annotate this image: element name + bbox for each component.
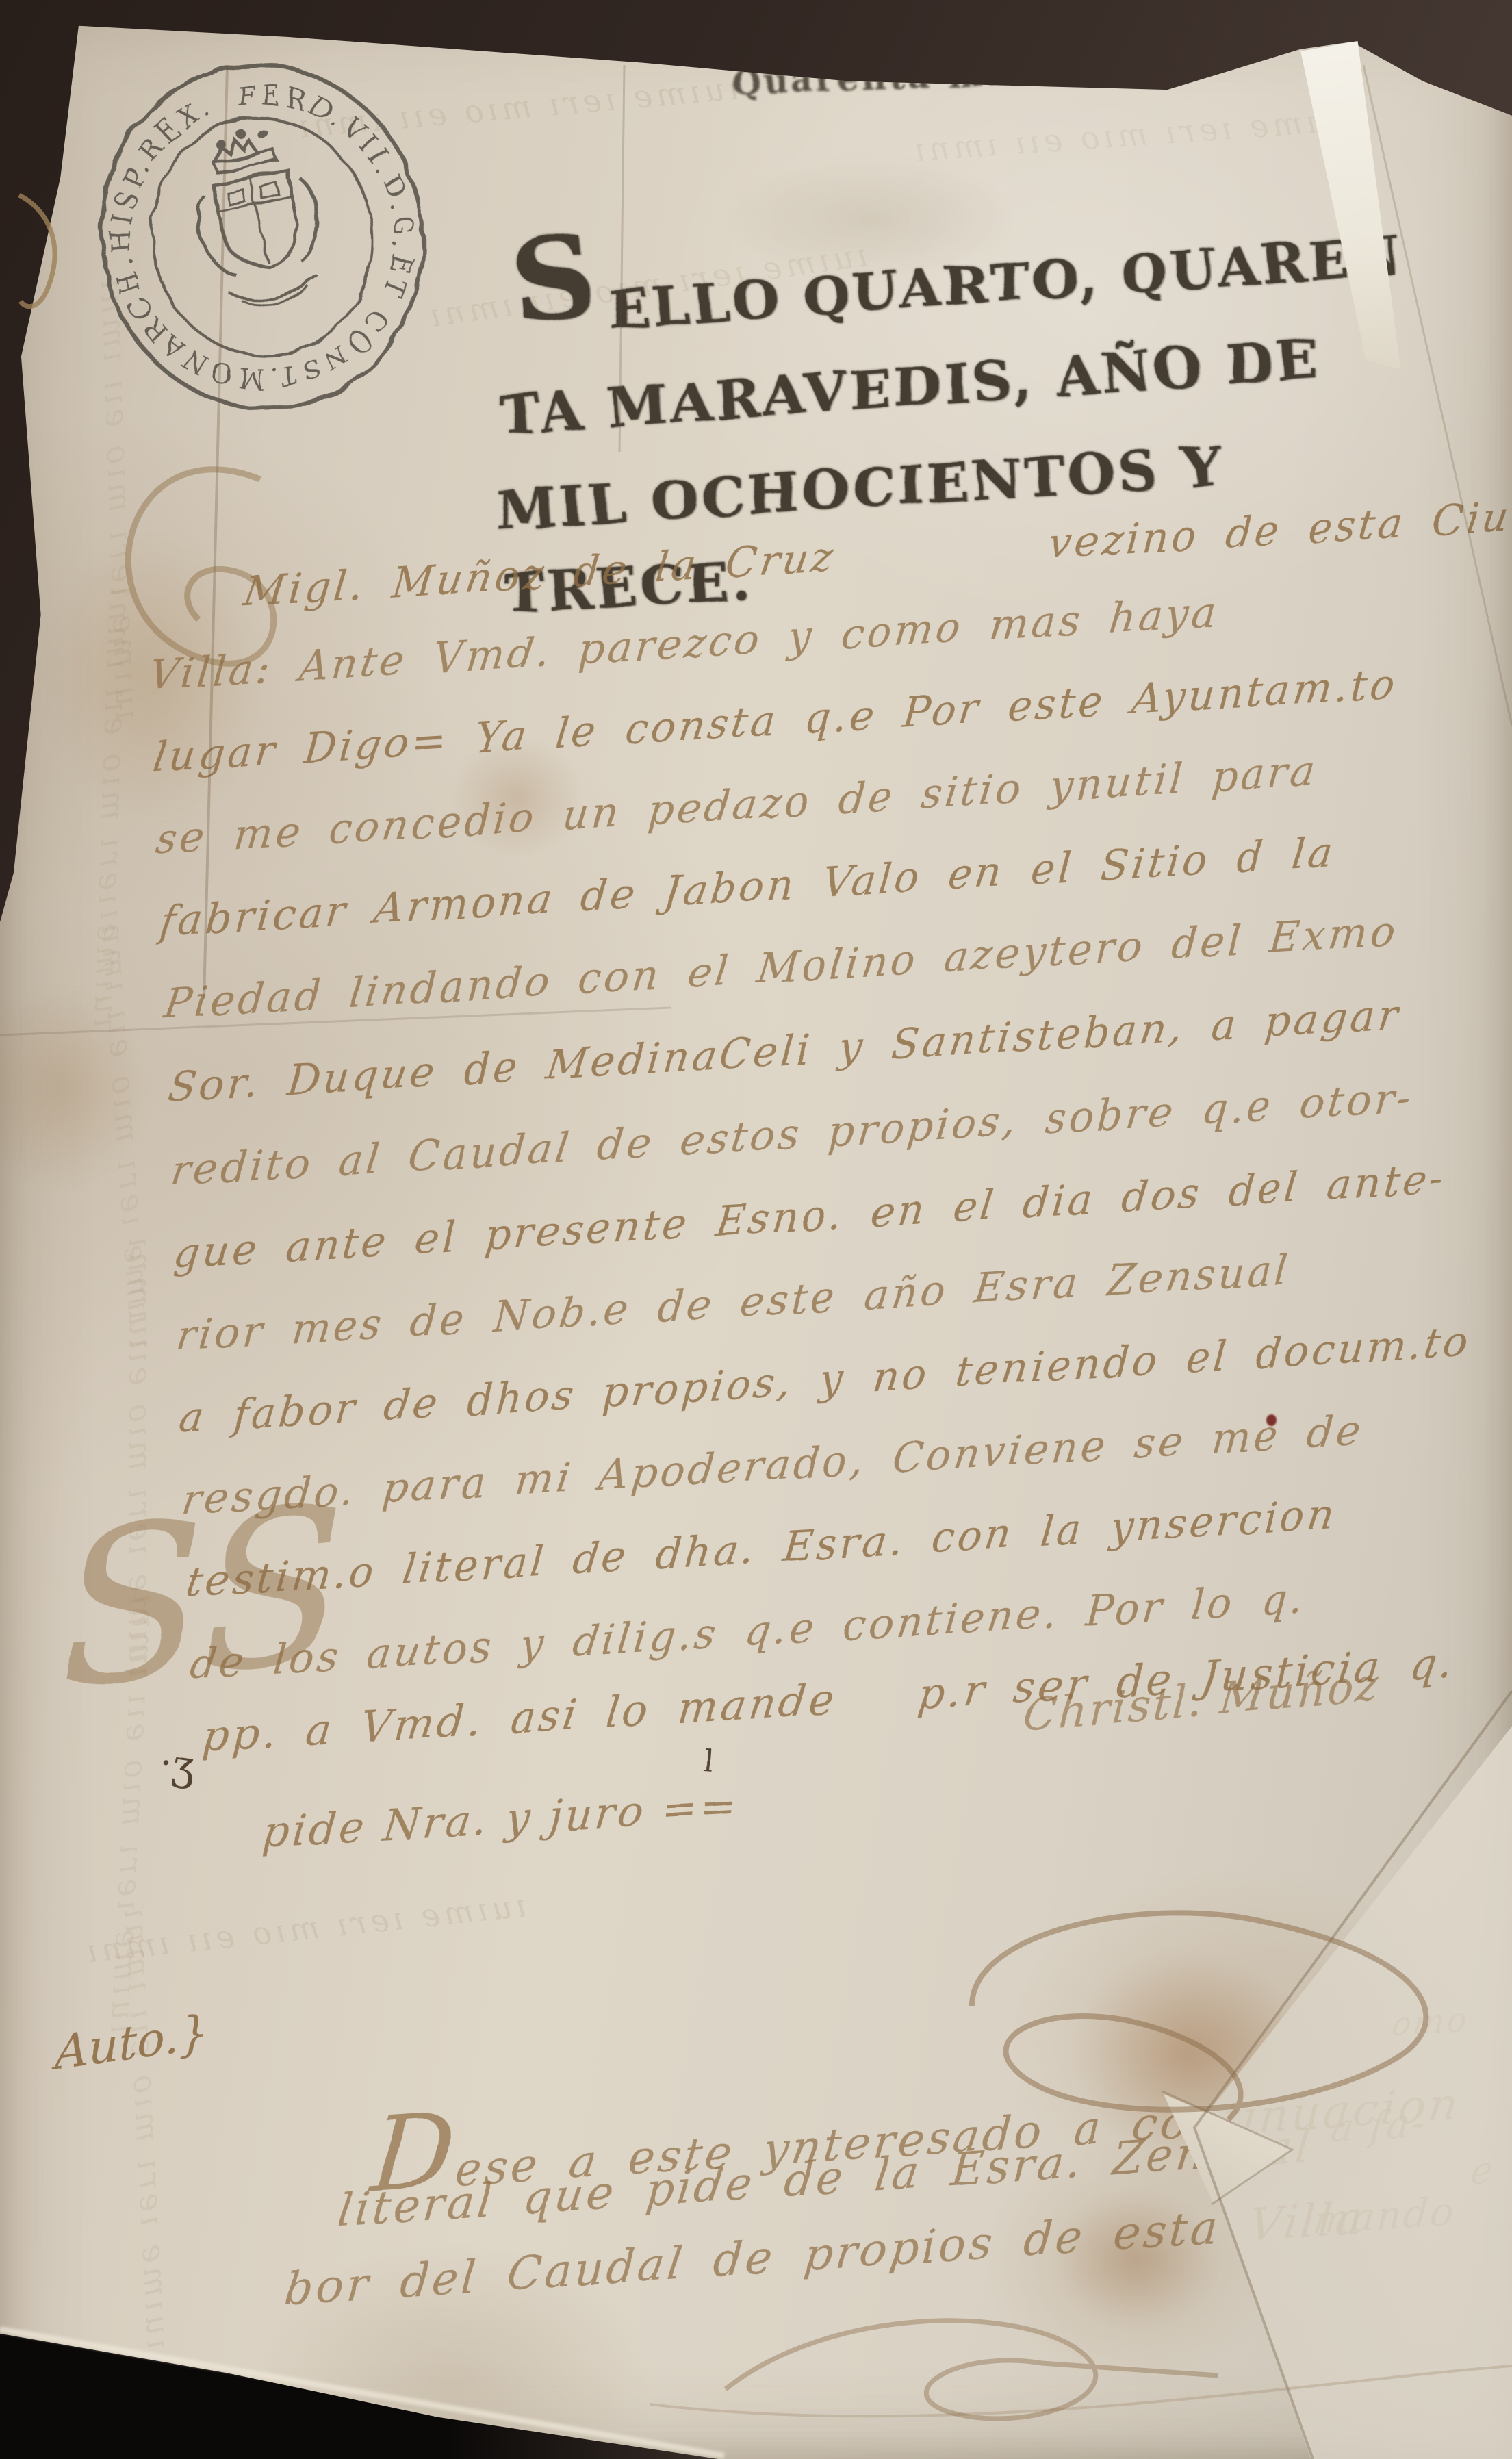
manuscript-line: resgdo. para mi Apoderado, Conviene se m… [180,1407,1366,1525]
auto-decree-line: literal que pide de la Esra. Zensual [336,2119,1315,2237]
printed-stamp-line: ELLO QUARTO, QUAREN [606,225,1405,342]
auto-decree-line: Dese a este ynteresado a continuacion [367,2024,1468,2216]
fold-fragment: omo [1390,2000,1470,2044]
water-stain [0,986,151,1191]
petition-flourish: SS [60,1459,346,1737]
svg-text:FERD.VII.D.G.ET CONST.MONARCH.: FERD.VII.D.G.ET CONST.MONARCH.HISP.REX. [74,49,450,424]
ink-mark: ·ʒ [156,1739,198,1792]
manuscript-line: gue ante el presente Esno. en el dia dos… [172,1155,1448,1279]
bleedthrough-ghost [294,70,741,145]
water-stain [726,157,1013,281]
fold-fragment: e [1469,2148,1498,2194]
bleedthrough-ghost [87,583,140,1029]
water-stain [41,534,267,821]
photograph-of-historical-document: { "colors": { "background": "#3a2d27", "… [0,0,1512,2459]
bleedthrough-ghost [81,1887,528,1970]
manuscript-line: lugar Digo= Ya le consta q.e Por este Ay… [151,660,1399,782]
manuscript-line: rior mes de Nob.e de este año Esra Zensu… [175,1246,1293,1360]
bleedthrough-ghost [424,236,870,335]
manuscript-line: Piedad lindando con el Molino azeytero d… [162,907,1400,1029]
printed-stamp-line: MIL OCHOCIENTOS Y [494,433,1225,544]
manuscript-line: testim.o literal de dha. Esra. con la yn… [184,1490,1339,1607]
petition-line: pp. a Vmd. asi lo mande p.r ser de Justi… [201,1637,1458,1761]
bleedthrough-ghost [93,904,161,1351]
signature: Christl. Muñoz [1022,1659,1382,1742]
red-ink-speck [1266,1414,1277,1426]
printed-stamp-line: TRECE. [502,548,754,626]
bleedthrough-ghost [103,1589,164,2035]
manuscript-line: de los autos y dilig.s q.e contiene. Por… [188,1575,1308,1689]
bleedthrough-ghost [122,1234,159,1679]
water-stain [452,739,582,856]
seal-legend: FERD.VII.D.G.ET CONST.MONARCH.HISP.REX. [74,49,450,424]
petition-line: pide Nra. y juro == [261,1781,742,1857]
manuscript-line: Sor. Duque de MedinaCeli y Santisteban, … [166,991,1402,1112]
manuscript-line: Migl. Muñoz de la Cruz vezino de esta Ci… [242,493,1512,617]
brown-stain [1054,2191,1218,2328]
manuscript-line: fabricar Armona de Jabon Valo en el Siti… [158,828,1337,946]
auto-decree-line: bor del Caudal de propios de esta Villa [283,2191,1368,2315]
bleedthrough-ghost [910,101,1357,168]
manuscript-line: se me concedio un pedazo de sitio ynutil… [154,747,1320,864]
royal-seal-stamp: FERD.VII.D.G.ET CONST.MONARCH.HISP.REX. [53,17,472,457]
fold-fragment: mando [1311,2189,1457,2244]
manuscript-line: a fabor de dhos propios, y no teniendo e… [177,1318,1473,1443]
manuscript-line: redito al Caudal de estos propios, sobre… [169,1073,1415,1195]
bleedthrough-ghost [117,1904,177,2350]
margin-note-auto: Auto.} [55,2005,208,2081]
printed-stamp-line: TA MARAVEDIS, AÑO DE [497,326,1322,448]
manuscript-paper-sheet: FERD.VII.D.G.ET CONST.MONARCH.HISP.REX. … [0,0,1512,2459]
small-revenue-stamp-text: Quarenta maravedis [730,47,1168,103]
manuscript-line: Villa: Ante Vmd. parezco y como mas haya [147,588,1221,700]
ink-mark: l [702,1742,715,1780]
printed-stamp-initial: S [507,207,604,350]
bleedthrough-ghost [94,275,146,721]
fold-fragment: a fa- [1329,2100,1428,2152]
